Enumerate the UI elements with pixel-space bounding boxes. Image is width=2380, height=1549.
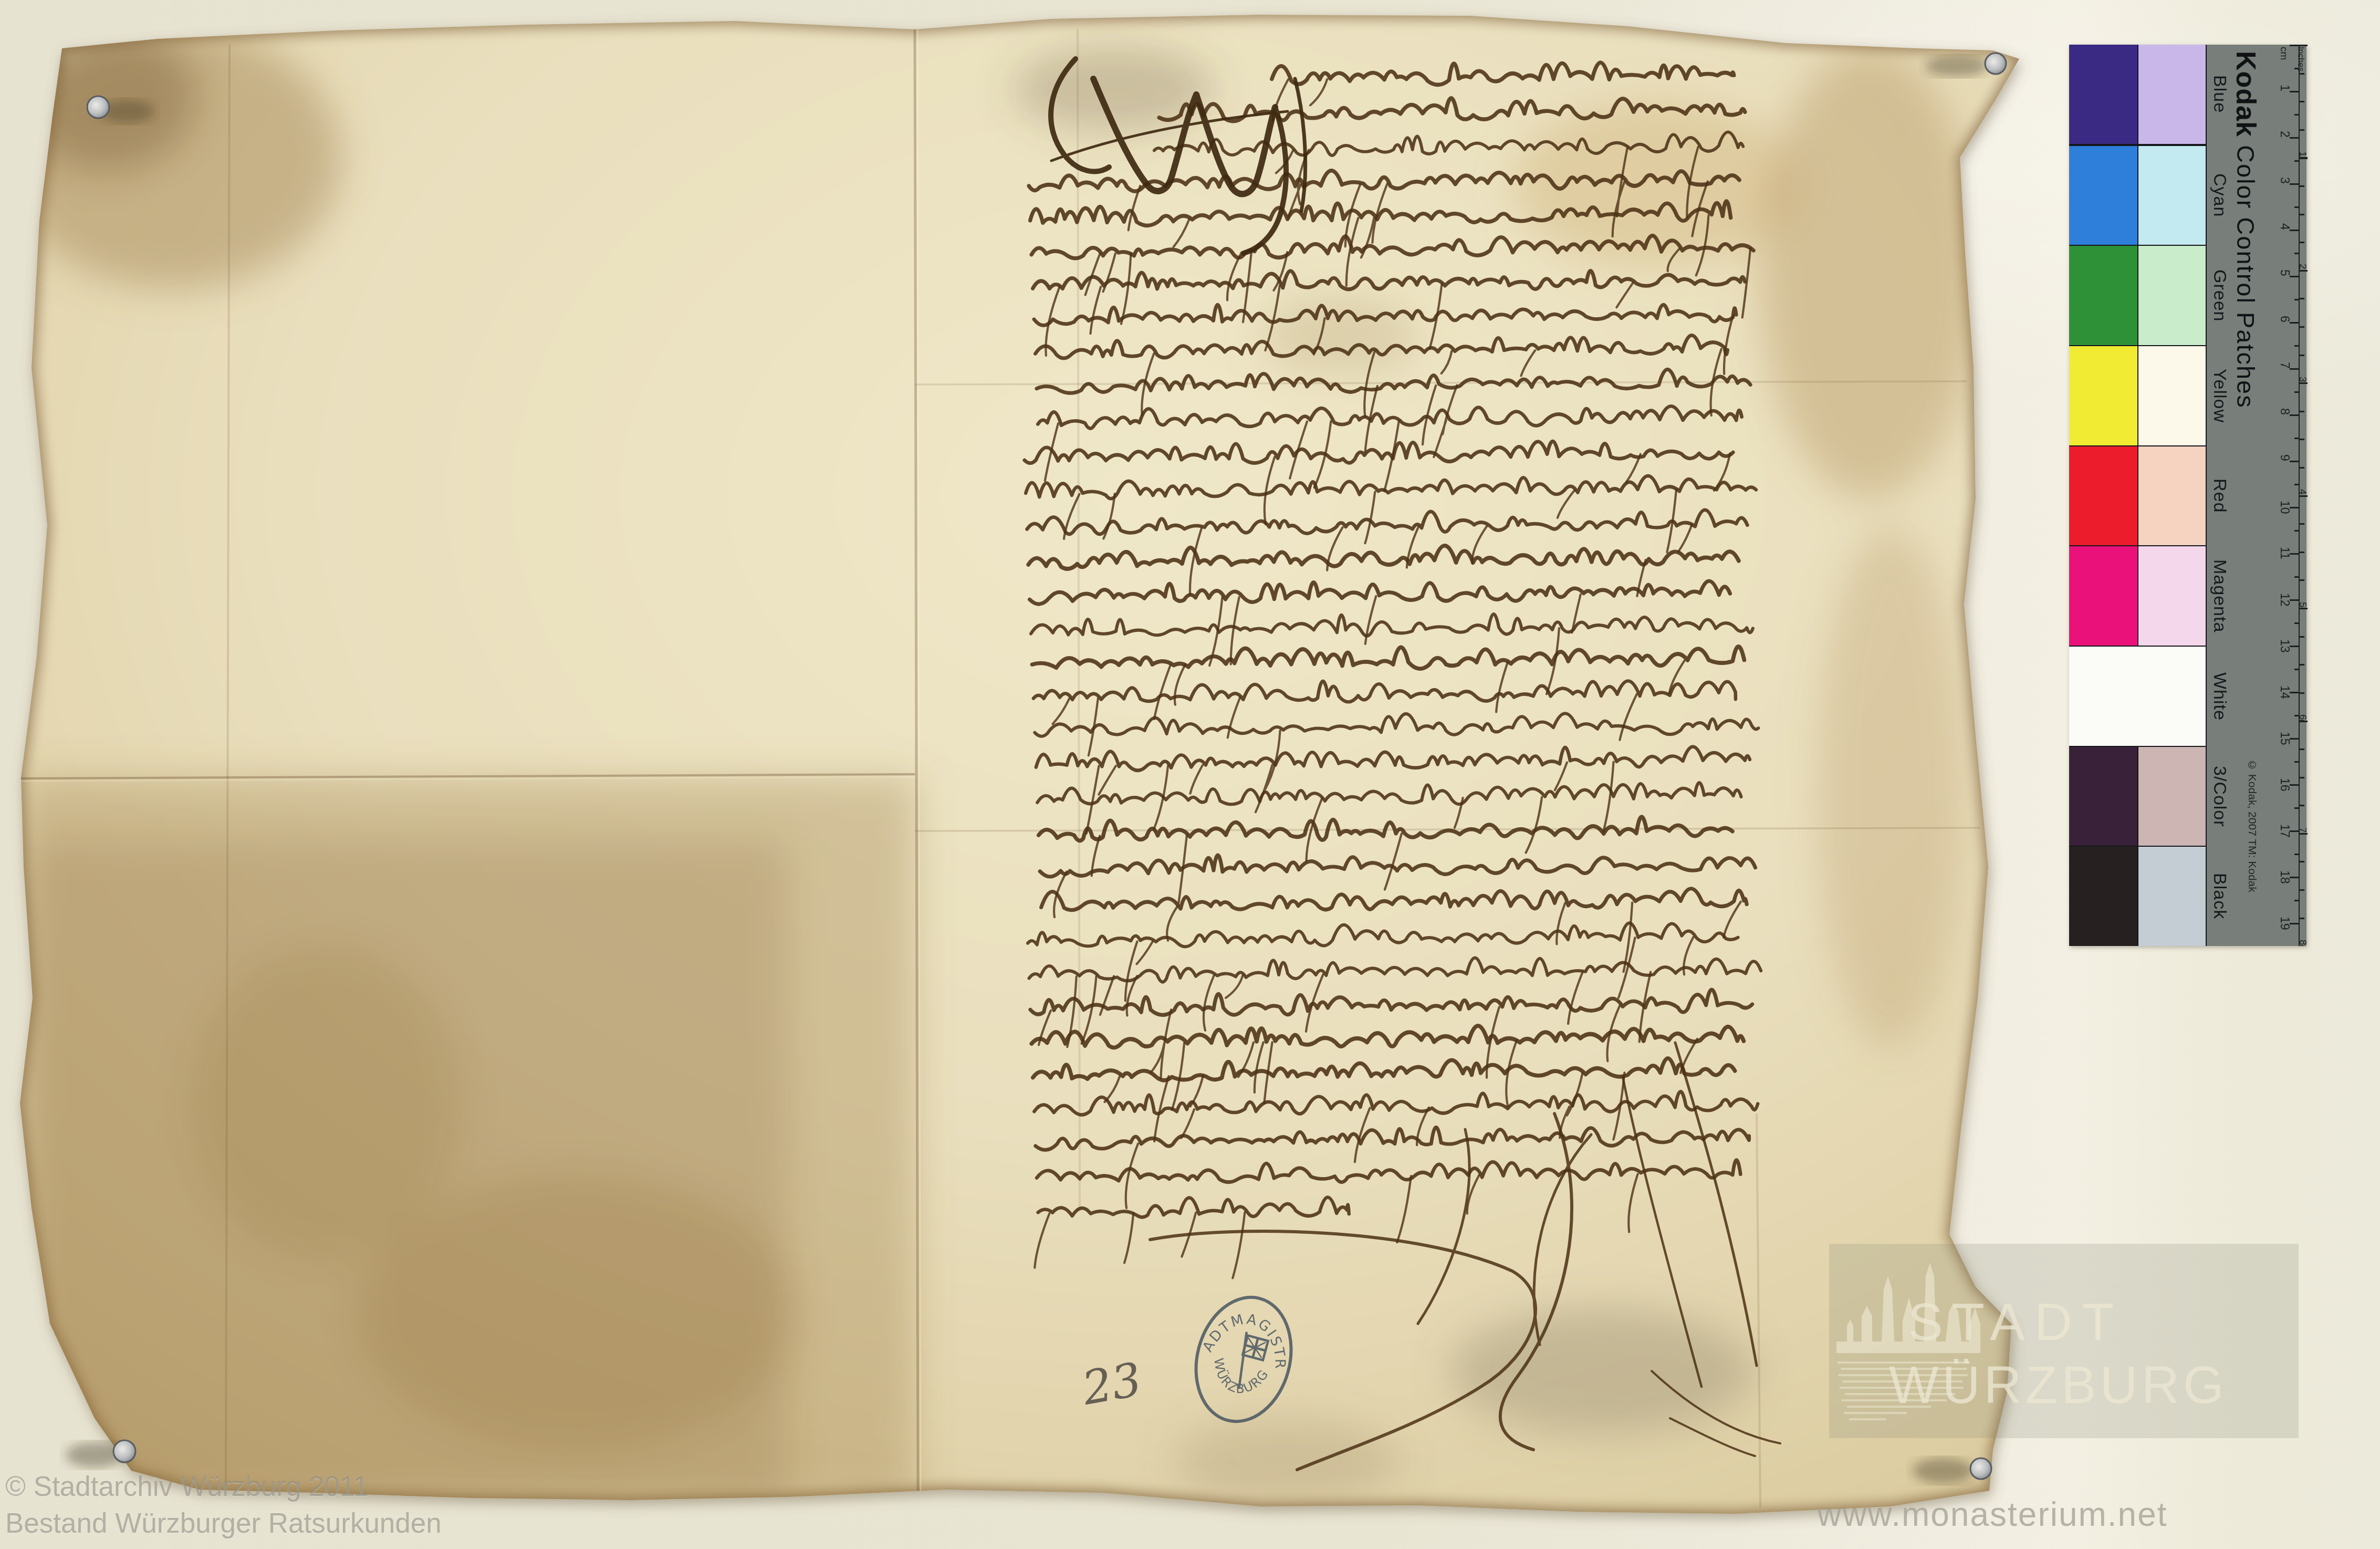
patch-label-8: Black bbox=[2208, 847, 2230, 946]
ruler-cm-1: 1 bbox=[2278, 85, 2292, 91]
patch-red bbox=[2069, 446, 2137, 545]
corner-pin-top-left bbox=[87, 96, 109, 118]
patch-label-6: White bbox=[2208, 647, 2230, 746]
copyright-line-1: © Stadtarchiv Würzburg 2011 bbox=[5, 1469, 442, 1505]
patch-black-tint bbox=[2138, 847, 2206, 946]
copyright-note: © Stadtarchiv Würzburg 2011 Bestand Würz… bbox=[5, 1469, 442, 1542]
patch-red-tint bbox=[2138, 446, 2206, 545]
corner-pin-bottom-right bbox=[1970, 1458, 1991, 1479]
kodak-color-control-strip: BlueCyanGreenYellowRedMagentaWhite3/Colo… bbox=[2069, 45, 2306, 946]
patch-cyan-tint bbox=[2138, 146, 2206, 245]
ruler-inch-1: 1 bbox=[2297, 151, 2308, 157]
patch-label-5: Magenta bbox=[2208, 546, 2230, 646]
corner-pin-top-right bbox=[1985, 53, 2006, 74]
ruler: cm Inches 123456789101112131415161718191… bbox=[2277, 45, 2306, 946]
monasterium-watermark: www.monasterium.net bbox=[1817, 1495, 2168, 1534]
kodak-title: Color Control Patches bbox=[2232, 145, 2260, 409]
patch-label-2: Green bbox=[2208, 246, 2230, 345]
ruler-inch-8: 8 bbox=[2297, 940, 2308, 945]
ruler-cm-10: 10 bbox=[2278, 501, 2292, 514]
archive-number: 23 bbox=[1078, 1352, 1145, 1416]
patch-label-3: Yellow bbox=[2208, 346, 2230, 445]
patch-3-color bbox=[2069, 747, 2137, 846]
ruler-cm-15: 15 bbox=[2278, 732, 2292, 745]
ruler-inch-7: 7 bbox=[2297, 827, 2308, 833]
archive-photo-stage: 23 STADTMAGISTRAT WÜRZBURG bbox=[0, 0, 2380, 1549]
ruler-cm-half-ticks bbox=[2294, 68, 2299, 946]
ruler-inch-5: 5 bbox=[2297, 602, 2308, 608]
patch-label-4: Red bbox=[2208, 446, 2230, 545]
ruler-cm-label: cm bbox=[2278, 47, 2289, 60]
ruler-cm-2: 2 bbox=[2278, 131, 2292, 138]
ruler-cm-3: 3 bbox=[2278, 177, 2292, 184]
ruler-inch-3: 3 bbox=[2297, 377, 2308, 382]
pin-shadow-bottom-right bbox=[1913, 1458, 1974, 1483]
watermark-wuerzburg: WÜRZBURG bbox=[1889, 1355, 2228, 1416]
patch-blue-tint bbox=[2138, 45, 2206, 144]
stadt-wuerzburg-watermark: STADT WÜRZBURG bbox=[1829, 1244, 2299, 1438]
patch-white bbox=[2069, 647, 2206, 746]
patch-label-0: Blue bbox=[2208, 45, 2230, 144]
ruler-inch-ticks bbox=[2300, 45, 2308, 946]
ruler-inch-2: 2 bbox=[2297, 264, 2308, 269]
ruler-inch-6: 6 bbox=[2297, 714, 2308, 720]
ruler-cm-13: 13 bbox=[2278, 639, 2292, 653]
kodak-gray-panel: BlueCyanGreenYellowRedMagentaWhite3/Colo… bbox=[2207, 45, 2306, 946]
kodak-copyright: © Kodak, 2007 TM: Kodak bbox=[2246, 759, 2258, 892]
kodak-brand-title: Kodak Color Control Patches bbox=[2230, 51, 2261, 409]
patch-cyan bbox=[2069, 146, 2137, 245]
color-patches bbox=[2069, 45, 2207, 946]
copyright-line-2: Bestand Würzburger Ratsurkunden bbox=[5, 1505, 442, 1542]
ruler-cm-6: 6 bbox=[2278, 316, 2292, 323]
ruler-cm-17: 17 bbox=[2278, 824, 2292, 838]
patch-label-1: Cyan bbox=[2208, 146, 2230, 245]
patch-magenta bbox=[2069, 546, 2137, 646]
ruler-cm-8: 8 bbox=[2278, 408, 2292, 415]
ruler-cm-14: 14 bbox=[2278, 685, 2292, 699]
patch-yellow bbox=[2069, 346, 2137, 445]
ruler-cm-16: 16 bbox=[2278, 778, 2292, 792]
patch-3-color-tint bbox=[2138, 747, 2206, 846]
patch-magenta-tint bbox=[2138, 546, 2206, 646]
corner-pin-bottom-left bbox=[113, 1440, 135, 1462]
kodak-brand: Kodak bbox=[2230, 51, 2261, 137]
ruler-cm-18: 18 bbox=[2278, 870, 2292, 884]
patch-green bbox=[2069, 246, 2137, 345]
patch-green-tint bbox=[2138, 246, 2206, 345]
patch-yellow-tint bbox=[2138, 346, 2206, 445]
ruler-cm-4: 4 bbox=[2278, 223, 2292, 230]
pin-shadow-top-right bbox=[1925, 56, 1988, 77]
ruler-cm-19: 19 bbox=[2278, 917, 2292, 930]
ruler-cm-5: 5 bbox=[2278, 269, 2292, 276]
ruler-cm-7: 7 bbox=[2278, 362, 2292, 369]
ruler-inch-4: 4 bbox=[2297, 489, 2308, 495]
watermark-stadt: STADT bbox=[1908, 1292, 2123, 1353]
ruler-cm-12: 12 bbox=[2278, 593, 2292, 607]
ruler-cm-9: 9 bbox=[2278, 454, 2292, 461]
patch-blue bbox=[2069, 45, 2137, 144]
ruler-cm-11: 11 bbox=[2278, 547, 2292, 559]
patch-black bbox=[2069, 847, 2137, 946]
patch-label-7: 3/Color bbox=[2208, 747, 2230, 846]
